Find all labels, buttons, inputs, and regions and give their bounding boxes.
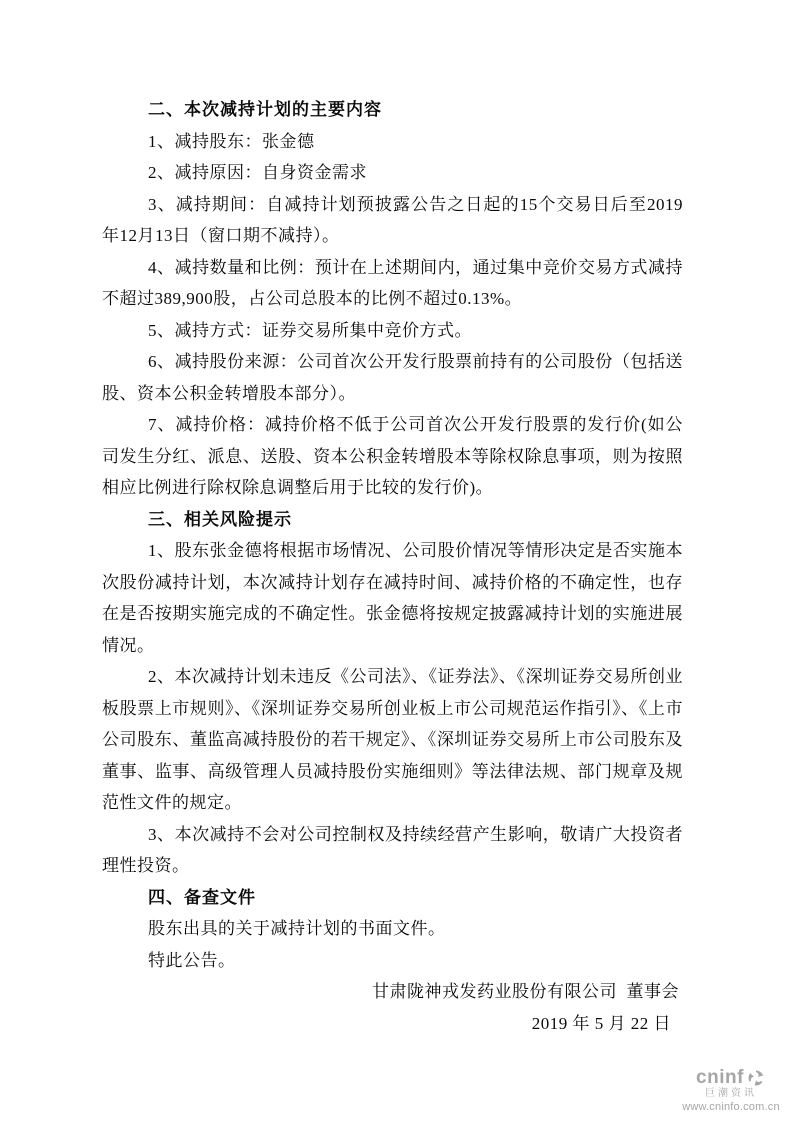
document-paragraphs: 二、本次减持计划的主要内容1、减持股东：张金德2、减持原因：自身资金需求3、减持… <box>102 94 683 976</box>
cninfo-chinese-name: 巨潮资讯 <box>675 1088 787 1100</box>
signature-block: 甘肃陇神戎发药业股份有限公司 董事会 2019 年 5 月 22 日 <box>102 976 683 1039</box>
paragraph: 6、减持股份来源：公司首次公开发行股票前持有的公司股份（包括送股、资本公积金转增… <box>102 346 683 409</box>
paragraph: 股东出具的关于减持计划的书面文件。 <box>102 913 683 945</box>
cninfo-swirl-icon <box>746 1068 766 1088</box>
paragraph: 1、股东张金德将根据市场情况、公司股价情况等情形决定是否实施本次股份减持计划，本… <box>102 535 683 661</box>
cninfo-url: www.cninfo.com.cn <box>675 1101 787 1114</box>
cninfo-watermark: cninf 巨潮资讯 www.cninfo.com.cn <box>675 1068 787 1114</box>
paragraph: 5、减持方式：证券交易所集中竞价方式。 <box>102 315 683 347</box>
announcement-page: 二、本次减持计划的主要内容1、减持股东：张金德2、减持原因：自身资金需求3、减持… <box>0 0 793 1122</box>
document-body: 二、本次减持计划的主要内容1、减持股东：张金德2、减持原因：自身资金需求3、减持… <box>102 94 683 1039</box>
signature-date: 2019 年 5 月 22 日 <box>102 1008 683 1040</box>
section-heading: 二、本次减持计划的主要内容 <box>102 94 683 126</box>
cninfo-brand-text: cninf <box>696 1069 744 1087</box>
paragraph: 3、减持期间：自减持计划预披露公告之日起的15个交易日后至2019年12月13日… <box>102 189 683 252</box>
paragraph: 7、减持价格：减持价格不低于公司首次公开发行股票的发行价(如公司发生分红、派息、… <box>102 409 683 504</box>
paragraph: 4、减持数量和比例：预计在上述期间内，通过集中竞价交易方式减持不超过389,90… <box>102 252 683 315</box>
paragraph: 2、减持原因：自身资金需求 <box>102 157 683 189</box>
signature-company: 甘肃陇神戎发药业股份有限公司 董事会 <box>102 976 683 1008</box>
paragraph: 3、本次减持不会对公司控制权及持续经营产生影响，敬请广大投资者理性投资。 <box>102 819 683 882</box>
cninfo-brand-row: cninf <box>675 1068 787 1088</box>
section-heading: 三、相关风险提示 <box>102 504 683 536</box>
section-heading: 四、备查文件 <box>102 882 683 914</box>
paragraph: 特此公告。 <box>102 945 683 977</box>
paragraph: 1、减持股东：张金德 <box>102 126 683 158</box>
paragraph: 2、本次减持计划未违反《公司法》、《证券法》、《深圳证券交易所创业板股票上市规则… <box>102 661 683 819</box>
